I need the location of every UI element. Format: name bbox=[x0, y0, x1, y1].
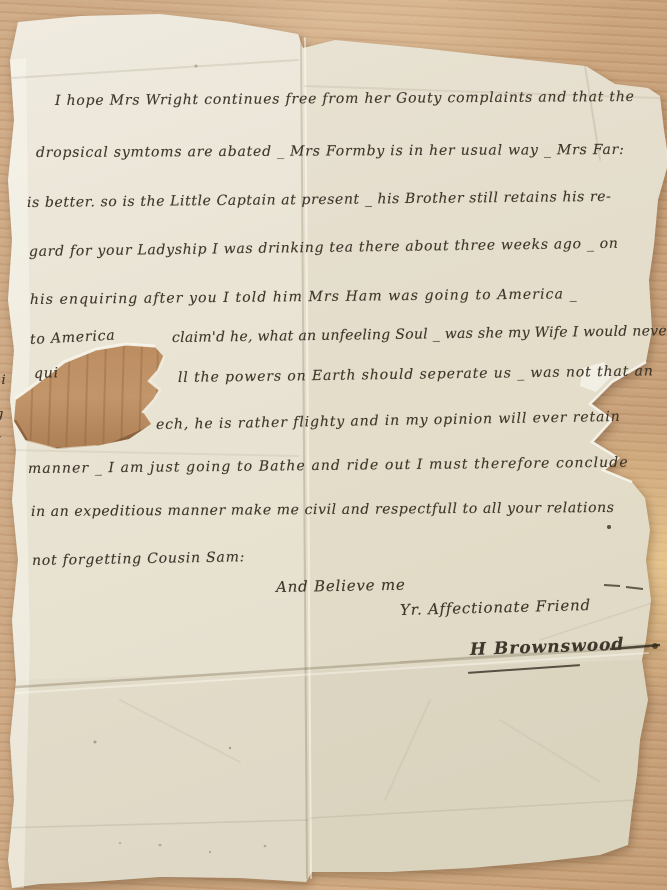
closing-believe-me: And Believe me bbox=[276, 576, 406, 596]
edge-fragment-1: ai bbox=[0, 373, 7, 388]
lower-half-shading bbox=[8, 660, 648, 888]
letter-paper bbox=[0, 0, 667, 890]
photo-of-letter: I hope Mrs Wright continues free from he… bbox=[0, 0, 667, 890]
letter-line-2: dropsical symtoms are abated _ Mrs Formb… bbox=[36, 142, 625, 161]
edge-fragment-2: g bbox=[0, 407, 4, 422]
edge-fragment-3: z bbox=[0, 432, 2, 447]
letter-line-7a: qui bbox=[34, 365, 59, 382]
